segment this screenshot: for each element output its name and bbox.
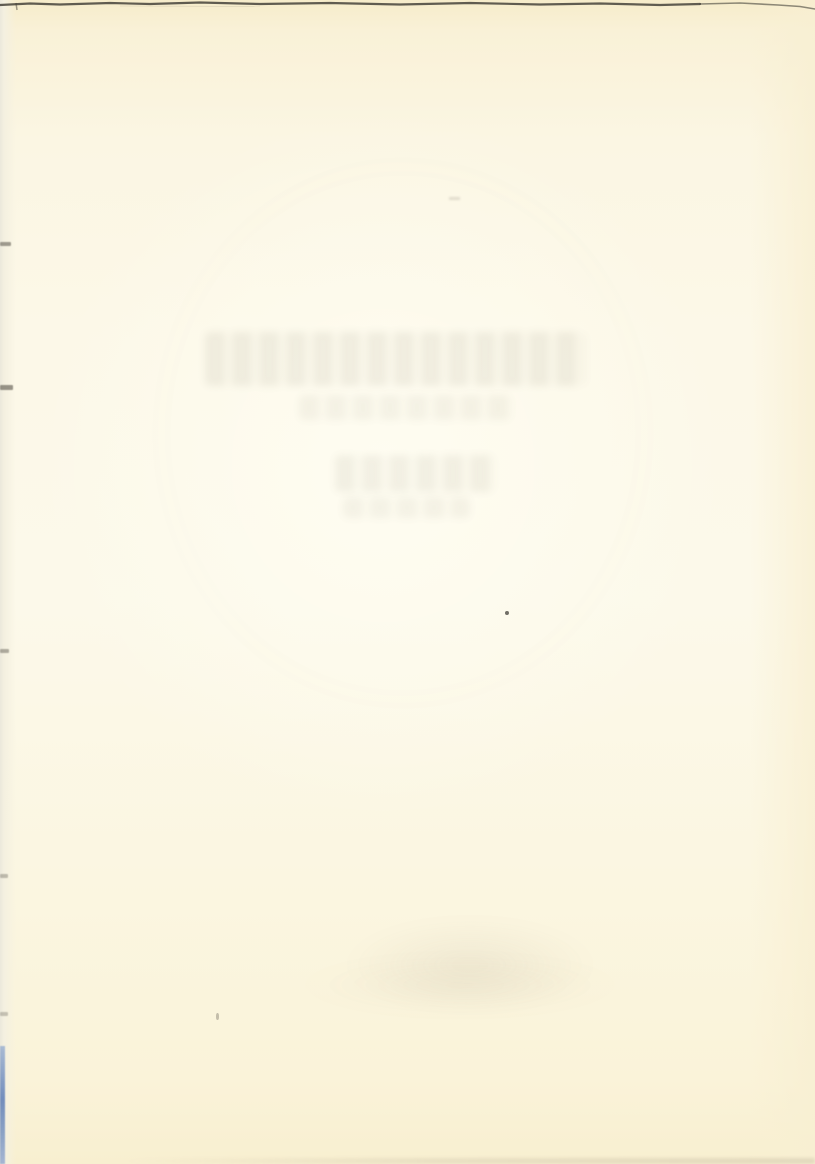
ghost-title-bleedthrough: [205, 332, 585, 386]
bottom-smudge: [340, 915, 600, 1015]
binding-tick-4: [0, 874, 8, 878]
page-top-edge-tear-line: [0, 0, 815, 14]
ghost-line4-bleedthrough: [343, 497, 470, 518]
ghost-subtitle-bleedthrough: [299, 395, 514, 420]
binding-tick-5: [0, 1012, 8, 1016]
binding-tick-2: [0, 385, 13, 390]
ink-dot: [505, 611, 509, 615]
bottom-edge-shade: [120, 1158, 815, 1164]
binding-tick-1: [0, 242, 11, 246]
tiny-speck: [216, 1013, 219, 1020]
ghost-emblem-ring: [160, 165, 646, 701]
blue-margin-streak: [0, 1046, 5, 1164]
scanned-page: [0, 0, 815, 1164]
ghost-line3-bleedthrough: [335, 455, 497, 492]
faint-dash: [449, 197, 460, 200]
bottom-smudge-wide: [290, 950, 630, 1020]
binding-tick-3: [0, 649, 9, 653]
